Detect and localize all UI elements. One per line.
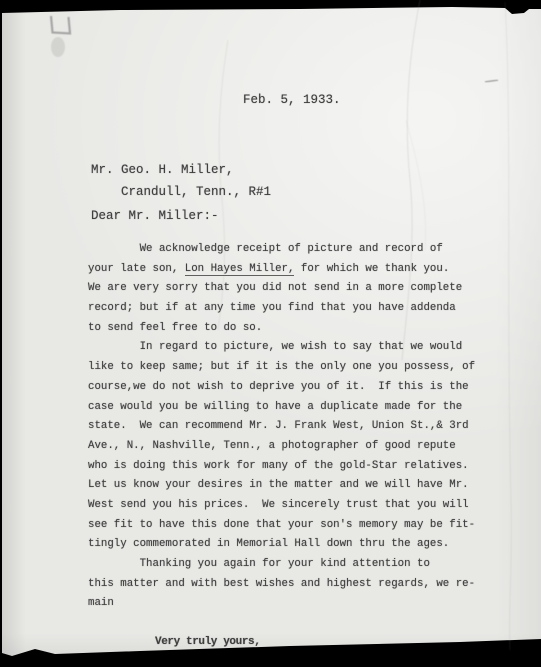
body-line: West send you his prices. We sincerely t… <box>88 496 475 516</box>
body-line: main <box>88 594 475 614</box>
scanned-letter: Feb. 5, 1933. Mr. Geo. H. Miller, Crandu… <box>0 0 541 667</box>
body-line: Let us know your desires in the matter a… <box>88 476 475 496</box>
underlined-name: Lon Hayes Miller, <box>185 263 295 277</box>
body-line-2-pre: your late son, <box>88 263 185 275</box>
body-line: Thanking you again for your kind attenti… <box>88 555 475 575</box>
letter-body: We acknowledge receipt of picture and re… <box>88 240 475 614</box>
body-line: like to keep same; but if it is the only… <box>88 358 475 378</box>
body-line: to send feel free to do so. <box>88 319 475 339</box>
closing-phrase: Very truly yours, <box>155 636 260 648</box>
salutation: Dear Mr. Miller:- <box>91 209 219 223</box>
body-line: Ave., N., Nashville, Tenn., a photograph… <box>88 437 475 457</box>
body-line: your late son, Lon Hayes Miller, for whi… <box>88 260 475 280</box>
body-line: tingly commemorated in Memorial Hall dow… <box>88 535 475 555</box>
recipient-address: Crandull, Tenn., R#1 <box>121 185 271 199</box>
body-line: In regard to picture, we wish to say tha… <box>88 338 475 358</box>
body-line: We are very sorry that you did not send … <box>88 279 475 299</box>
body-line: We acknowledge receipt of picture and re… <box>88 240 475 260</box>
letter-text: Feb. 5, 1933. Mr. Geo. H. Miller, Crandu… <box>0 0 541 667</box>
body-line: this matter and with best wishes and hig… <box>88 575 475 595</box>
body-line: case would you be willing to have a dupl… <box>88 398 475 418</box>
body-line-2-post: for which we thank you. <box>294 263 449 275</box>
letter-date: Feb. 5, 1933. <box>243 93 341 107</box>
body-line: who is doing this work for many of the g… <box>88 457 475 477</box>
body-line: state. We can recommend Mr. J. Frank Wes… <box>88 417 475 437</box>
body-line: record; but if at any time you find that… <box>88 299 475 319</box>
recipient-name: Mr. Geo. H. Miller, <box>91 163 234 177</box>
body-line: see fit to have this done that your son'… <box>88 516 475 536</box>
body-line: course,we do not wish to deprive you of … <box>88 378 475 398</box>
